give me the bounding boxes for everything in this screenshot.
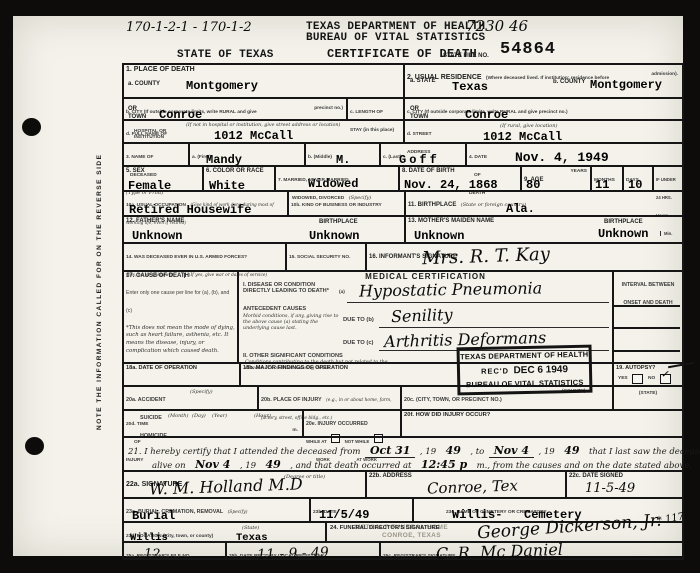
age-years-label: YEARS <box>570 169 587 175</box>
field-cemetery-location: 23d. LOCATION (City, town, or county) (S… <box>124 521 325 541</box>
disease-label-2: DIRECTLY LEADING TO DEATH* <box>243 288 329 295</box>
injury-state-label: (STATE) <box>616 391 680 397</box>
field-date-of-birth: 8. DATE OF BIRTH Nov. 24, 1868 <box>398 165 520 190</box>
field-certification-statement: 21. I hereby certify that I attended the… <box>124 436 682 470</box>
field-hospital: d. FULL NAME OF (If not in hospital or i… <box>124 119 403 142</box>
field-residence-city: c. CITY (If outside corporate limits, wr… <box>403 97 682 119</box>
time-injury-label-1: 20d. TIME <box>126 422 148 427</box>
residence-state-label: a. STATE <box>410 78 435 86</box>
received-stamp: TEXAS DEPARTMENT OF HEALTH REC'D DEC 6 1… <box>457 345 593 396</box>
handwritten-number: 7230 46 <box>466 17 528 35</box>
informant-signature: Mrs. R. T. Kay <box>422 244 551 269</box>
field-father-name: 12. FATHER'S NAME BIRTHPLACE Unknown Unk… <box>124 215 404 242</box>
field-middle-name: b. (Middle) M. <box>304 142 379 165</box>
registrar-file-value: 12 <box>144 547 161 562</box>
time-m-label: m. <box>292 428 298 434</box>
punch-hole-bottom <box>25 437 44 455</box>
industry-label: 10b. KIND OF BUSINESS OR INDUSTRY <box>291 203 382 208</box>
field-date-of-death: 4. DATE OF DEATH Nov. 4, 1949 <box>465 142 682 165</box>
cause-note2: *This does not mean the mode of dying, s… <box>126 325 235 356</box>
sex-label: 5. SEX <box>126 168 200 176</box>
field-age-days: DAYS 10 <box>622 165 652 190</box>
funeral-home-stamp-2: CONROE, TEXAS <box>382 532 441 539</box>
cause-label: 17. CAUSE OF DEATH <box>126 273 235 281</box>
place-of-death-label: 1. PLACE OF DEATH <box>126 66 401 73</box>
residence-note2: admission). <box>651 72 678 78</box>
burial-date-value: 11/5/49 <box>319 508 369 522</box>
field-date-of-operation: 18a. DATE OF OPERATION <box>124 362 239 385</box>
birthplace-value: Ala. <box>506 202 535 216</box>
dob-label: 8. DATE OF BIRTH <box>402 168 518 176</box>
father-label: 12. FATHER'S NAME <box>126 218 402 226</box>
autopsy-no-label: NO <box>648 376 655 382</box>
field-funeral-director: METCALF FUNERAL HOME CONROE, TEXAS 24. F… <box>325 521 682 541</box>
how-injury-label: 20f. HOW DID INJURY OCCUR? <box>404 412 680 419</box>
injury-occurred-label: 20e. INJURY OCCURRED <box>306 421 368 427</box>
length-of-stay-label: c. LENGTH OF <box>350 110 383 115</box>
armed-forces-label: 14. WAS DECEASED EVER IN U.S. ARMED FORC… <box>126 255 247 260</box>
interval-divider-3 <box>614 350 680 352</box>
microfilm-scan: NOTE THE INFORMATION CALLED FOR ON THE R… <box>0 0 700 573</box>
mother-value: Unknown <box>414 229 464 243</box>
field-under-24hrs: IF UNDER 24 HRS. Hours Min. <box>652 165 682 190</box>
year-label: (Year) <box>212 413 227 419</box>
punch-hole-top <box>22 118 41 136</box>
antecedent-note: Morbid conditions, if any, giving rise t… <box>243 314 339 332</box>
field-interval: INTERVAL BETWEEN ONSET AND DEATH <box>612 270 682 362</box>
accident-label-1: 20a. ACCIDENT <box>126 397 166 403</box>
date-of-death-value: Nov. 4, 1949 <box>515 150 609 165</box>
physician-signature-value: W. M. Holland M.D <box>149 474 303 498</box>
name-label: 3. NAME OF <box>126 155 153 160</box>
race-label: 6. COLOR OR RACE <box>206 168 272 176</box>
field-injury-state: (STATE) <box>612 385 682 409</box>
field-date-recd: 25b. DATE REC'D BY LOCAL REGISTRAR 11 - … <box>225 541 379 558</box>
burial-specify: (Specify) <box>228 510 248 515</box>
street-label: d. STREET <box>407 132 432 137</box>
funeral-director-label: 24. FUNERAL DIRECTOR'S SIGNATURE <box>330 525 440 532</box>
father-value: Unknown <box>132 229 182 243</box>
city-label-2: precinct no.) <box>314 106 343 112</box>
field-date-signed: 22c. DATE SIGNED 11-5-49 <box>565 470 682 497</box>
stamp-recd: REC'D <box>481 366 509 376</box>
other-conditions-label: II. OTHER SIGNIFICANT CONDITIONS <box>243 353 343 360</box>
street-note: (If rural, give location) <box>500 123 557 129</box>
stamp-date: DEC 6 1949 <box>513 364 568 376</box>
field-cause-of-death-note: 17. CAUSE OF DEATH Enter only one cause … <box>124 270 237 362</box>
place-of-injury-label: 20b. PLACE OF INJURY <box>261 397 322 403</box>
day-label: (Day) <box>192 413 206 419</box>
marital-value: Widowed <box>308 177 358 191</box>
field-physician-signature: 22a. SIGNATURE (Degree or title) W. M. H… <box>124 470 365 497</box>
injury-city-label: 20c. (CITY, TOWN, OR PRECINCT NO.) <box>404 397 502 403</box>
month-label: (Month) <box>168 413 188 419</box>
hospital-label2: HOSPITAL OR <box>134 129 166 135</box>
field-ssn: 15. SOCIAL SECURITY NO. <box>285 242 365 270</box>
reverse-side-note: NOTE THE INFORMATION CALLED FOR ON THE R… <box>96 138 110 446</box>
field-industry: 10b. KIND OF BUSINESS OR INDUSTRY <box>287 190 404 215</box>
field-injury-occurred: 20e. INJURY OCCURRED WHILE AT NOT WHILE … <box>302 409 400 436</box>
mother-birthplace-value: Unknown <box>598 227 648 241</box>
interval-label: INTERVAL BETWEEN <box>622 282 675 288</box>
ssn-label: 15. SOCIAL SECURITY NO. <box>289 255 350 260</box>
physician-address-value: Conroe, Tex <box>427 476 519 497</box>
field-street-address: d. STREET ADDRESS (If rural, give locati… <box>403 119 682 142</box>
hour-label: (Hour) <box>254 413 271 419</box>
field-registrar-file-no: 25a. REGISTRAR'S FILE NO. 12 <box>124 541 225 558</box>
interval-divider-2 <box>614 327 680 329</box>
field-informant: 16. INFORMANT'S SIGNATURE Mrs. R. T. Kay <box>365 242 682 270</box>
certificate-form: 1. PLACE OF DEATH a. COUNTY Montgomery b… <box>122 63 684 560</box>
field-registrar-signature: 25c. REGISTRAR'S SIGNATURE C. R. Mc Dani… <box>379 541 682 558</box>
field-place-of-death: 1. PLACE OF DEATH a. COUNTY Montgomery <box>124 65 403 97</box>
antecedent-label: ANTECEDENT CAUSES <box>243 306 306 313</box>
field-accident-suicide: 20a. ACCIDENT (Specify) SUICIDE HOMICIDE <box>124 385 257 409</box>
cause-note1: Enter only one cause per line for (a), (… <box>126 290 229 314</box>
county-value: Montgomery <box>186 79 258 93</box>
hospital-value: 1012 McCall <box>214 129 293 143</box>
registrar-signature-value: C. R. Mc Daniel <box>436 540 563 563</box>
field-physician-address: 22b. ADDRESS Conroe, Tex <box>365 470 565 497</box>
field-birthplace: 11. BIRTHPLACE (State or foreign country… <box>404 190 682 215</box>
field-length-of-stay: c. LENGTH OF STAY (in this place) <box>346 97 403 119</box>
field-burial: 23a. BURIAL, CREMATION, REMOVAL (Specify… <box>124 497 309 521</box>
residence-state-value: Texas <box>452 80 488 94</box>
field-time-of-injury: 20d. TIME (Month) (Day) (Year) (Hour) OF… <box>124 409 302 436</box>
residence-county-label: b. COUNTY <box>553 79 585 87</box>
field-name-label: 3. NAME OF DECEASED (Type or Print) <box>124 142 188 165</box>
residence-county-value: Montgomery <box>590 78 662 92</box>
cause-line-b <box>379 327 609 328</box>
due-to-b-label: DUE TO (b) <box>343 317 374 324</box>
cause-line-a <box>347 302 609 303</box>
field-age: 9. AGE YEARS 80 <box>520 165 590 190</box>
mother-birthplace-label: BIRTHPLACE <box>604 219 643 227</box>
field-city-of-death: b. CITY (If outside corporate limits, wr… <box>124 97 346 119</box>
field-age-months: MONTHS 11 <box>590 165 622 190</box>
operation-date-label: 18a. DATE OF OPERATION <box>126 365 237 372</box>
hospital-label3: INSTITUTION <box>134 135 164 141</box>
cause-b-value: Senility <box>391 305 453 326</box>
disease-tag-a: (a) <box>339 290 345 296</box>
date-signed-value: 11-5-49 <box>585 481 635 496</box>
autopsy-yes-label: YES <box>618 376 628 382</box>
field-how-injury: 20f. HOW DID INJURY OCCUR? <box>400 409 682 436</box>
interval-divider-1 <box>614 305 680 307</box>
location-state-label: (State) <box>242 525 259 531</box>
field-race: 6. COLOR OR RACE White <box>202 165 274 190</box>
field-armed-forces: 14. WAS DECEASED EVER IN U.S. ARMED FORC… <box>124 242 285 270</box>
due-to-c-label: DUE TO (c) <box>343 340 374 347</box>
father-birthplace-label: BIRTHPLACE <box>319 219 358 227</box>
field-last-name: c. (Last) Goff <box>379 142 465 165</box>
field-first-name: a. (First) Mandy <box>188 142 304 165</box>
stamp-line1: TEXAS DEPARTMENT OF HEALTH <box>460 350 589 362</box>
field-place-of-injury: 20b. PLACE OF INJURY (e.g., in or about … <box>257 385 400 409</box>
birthplace-label: 11. BIRTHPLACE <box>408 202 456 208</box>
stamp-line3: BUREAU OF VITAL STATISTICS <box>460 378 589 390</box>
field-burial-date: 23b. DATE 11/5/49 <box>309 497 412 521</box>
county-label: a. COUNTY <box>128 81 160 89</box>
state-file-no: 54864 <box>500 40 556 59</box>
accident-specify: (Specify) <box>190 389 213 395</box>
father-birthplace-value: Unknown <box>309 229 359 243</box>
field-marital-status: 7. MARRIED, NEVER MARRIED, WIDOWED, DIVO… <box>274 165 398 190</box>
state-file-no-label: STATE FILE NO. <box>443 53 489 59</box>
field-occupation: 10a. USUAL OCCUPATION (Give kind of work… <box>124 190 287 215</box>
date-of-death-label: 4. DATE <box>469 155 487 160</box>
autopsy-yes-checkbox <box>632 374 643 384</box>
autopsy-no-checkmark: ✓ <box>661 370 669 380</box>
bureau-title: BUREAU OF VITAL STATISTICS <box>306 32 485 44</box>
middle-name-label: b. (Middle) <box>308 155 332 160</box>
handwritten-file-code: 170-1-2-1 - 170-1-2 <box>126 20 252 35</box>
field-sex: 5. SEX Female <box>124 165 202 190</box>
cause-a-value: Hypostatic Pneumonia <box>359 278 543 300</box>
field-mother-name: 13. MOTHER'S MAIDEN NAME BIRTHPLACE Unkn… <box>404 215 682 242</box>
field-usual-residence: 2. USUAL RESIDENCE (Where deceased lived… <box>403 65 682 97</box>
date-recd-value: 11 - 9 - 49 <box>257 545 329 563</box>
date-signed-label: 22c. DATE SIGNED <box>569 473 680 481</box>
state-of-texas: STATE OF TEXAS <box>177 49 274 61</box>
